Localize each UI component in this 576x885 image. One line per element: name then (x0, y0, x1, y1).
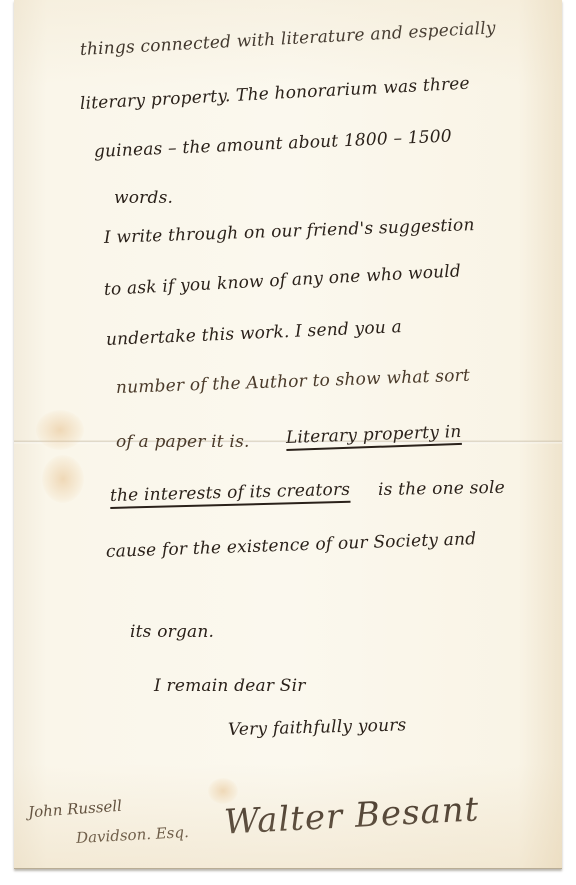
letter-line-7: undertake this work. I send you a (106, 317, 403, 350)
signature: Walter Besant (223, 789, 480, 842)
letter-line-12: is the one sole (378, 478, 505, 500)
letter-line-9: of a paper it is. (116, 432, 250, 452)
letter-line-6: to ask if you know of any one who would (103, 261, 461, 300)
letter-line-8: number of the Author to show what sort (116, 366, 471, 398)
closing-line-1: I remain dear Sir (154, 676, 306, 696)
signature-stain (208, 778, 238, 804)
letter-line-3: guineas – the amount about 1800 – 1500 (94, 126, 453, 162)
letter-line-14: its organ. (130, 622, 214, 642)
paper-stain (36, 410, 84, 450)
paper-stain (42, 455, 84, 503)
letter-line-10-underlined: Literary property in (286, 422, 462, 448)
addressee-surname: Davidson. Esq. (76, 823, 190, 847)
letter-page: things connected with literature and esp… (14, 0, 562, 869)
letter-line-2: literary property. The honorarium was th… (79, 74, 470, 114)
letter-line-1: things connected with literature and esp… (79, 18, 496, 60)
letter-line-5: I write through on our friend's suggesti… (104, 215, 475, 248)
letter-line-4: words. (114, 188, 173, 208)
letter-line-11-underlined: the interests of its creators (110, 480, 351, 506)
closing-line-2: Very faithfully yours (228, 715, 407, 740)
letter-line-13: cause for the existence of our Society a… (106, 529, 477, 562)
addressee-name: John Russell (27, 797, 122, 822)
